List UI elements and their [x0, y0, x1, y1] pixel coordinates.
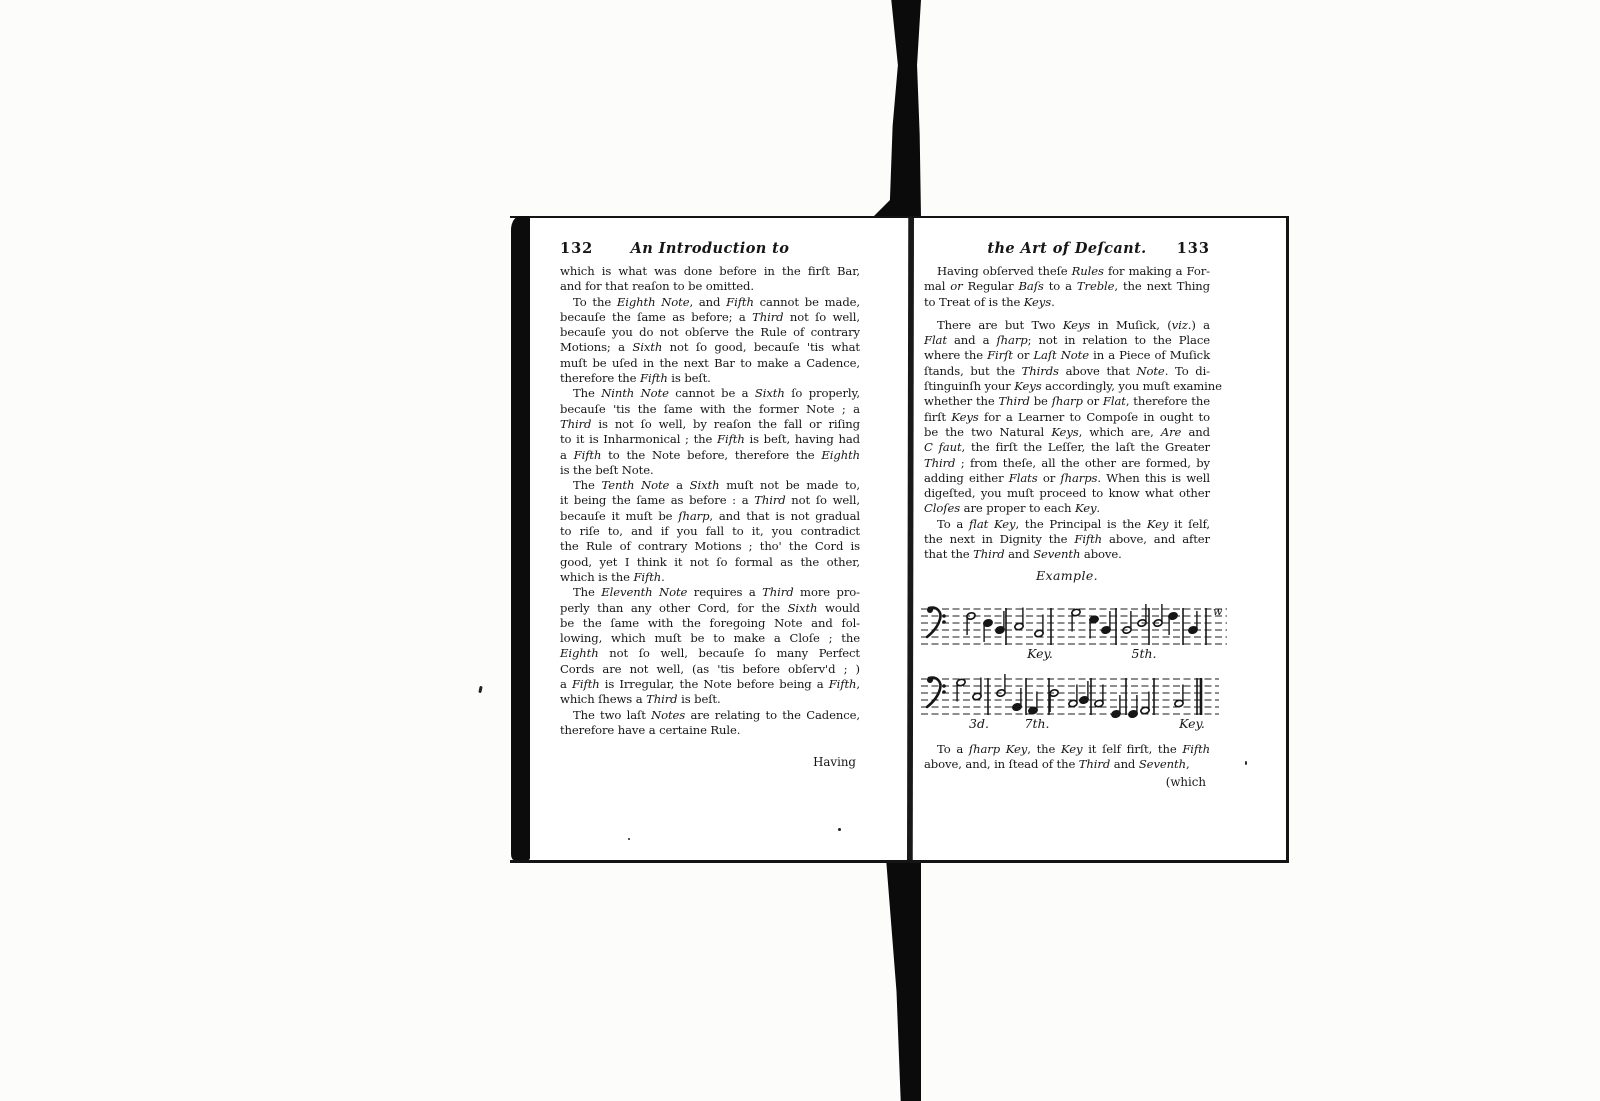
ink-speck [1245, 761, 1247, 765]
text-line: be the two Natural Keys, which are, Are … [924, 425, 1210, 440]
left-page-header: 132 An Introduction to [560, 240, 860, 257]
staff-label: Key. [1178, 716, 1205, 731]
page-number: 132 [560, 240, 604, 257]
page-edge-left [511, 216, 530, 860]
text-line: muſt be uſed in the next Bar to make a C… [560, 356, 860, 371]
ink-speck [838, 828, 841, 831]
text-line: Flat and a ſharp; not in relation to the… [924, 333, 1210, 348]
bass-clef [942, 614, 946, 618]
text-line: The Eleventh Note requires a Third more … [560, 585, 860, 600]
staff-label: Key. [1026, 646, 1053, 661]
bass-clef [927, 607, 933, 613]
text-line: Third ; from theſe, all the other are fo… [924, 456, 1210, 471]
text-line: therefore have a certaine Rule. [560, 723, 860, 738]
text-line: which ſhews a Third is beſt. [560, 692, 860, 707]
running-title: the Art of Deſcant. [968, 240, 1166, 257]
text-line: Third is not ſo well, by reaſon the fall… [560, 417, 860, 432]
text-line: a Fifth to the Note before, therefore th… [560, 448, 860, 463]
text-line: To a ſharp Key, the Key it ſelf firſt, t… [924, 742, 1210, 757]
text-line: firſt Keys for a Learner to Compoſe in o… [924, 410, 1210, 425]
text-line: is the beſt Note. [560, 463, 860, 478]
text-line: To a flat Key, the Principal is the Key … [924, 517, 1210, 532]
left-page-text: which is what was done before in the fir… [560, 264, 860, 738]
text-line: ſtinguinſh your Keys accordingly, you mu… [924, 379, 1210, 394]
left-page: 132 An Introduction to which is what was… [560, 240, 860, 769]
text-line: Motions; a Sixth not ſo good, becauſe 't… [560, 340, 860, 355]
text-line: C faut, the firſt the Leſſer, the laſt t… [924, 440, 1210, 455]
text-line: be the ſame with the foregoing Note and … [560, 616, 860, 631]
right-page-header: the Art of Deſcant. 133 [924, 240, 1210, 257]
music-notation: wKey.5th.3d.7th.Key. [918, 602, 1230, 744]
text-line: perly than any other Cord, for the Sixth… [560, 601, 860, 616]
catchword: (which [924, 775, 1210, 789]
staff-label: 7th. [1025, 716, 1050, 731]
right-page-closing-text: To a ſharp Key, the Key it ſelf firſt, t… [924, 742, 1210, 789]
text-line: which is what was done before in the fir… [560, 264, 860, 279]
custos-mark: w [1213, 605, 1223, 618]
text-line: becauſe the ſame as before; a Third not … [560, 310, 860, 325]
spine-strip-top [888, 0, 921, 217]
text-line: whether the Third be ſharp or Flat, ther… [924, 394, 1210, 409]
text-line: lowing, which muſt be to make a Cloſe ; … [560, 631, 860, 646]
text-line: ſtands, but the Thirds above that Note. … [924, 364, 1210, 379]
text-line: Cords are not well, (as 'tis before obſe… [560, 662, 860, 677]
text-line: adding either Flats or ſharps. When this… [924, 471, 1210, 486]
text-line: To the Eighth Note, and Fifth cannot be … [560, 295, 860, 310]
bass-clef [942, 684, 946, 688]
text-line: becauſe you do not obſerve the Rule of c… [560, 325, 860, 340]
ink-speck [628, 838, 630, 840]
text-line: Cloſes are proper to each Key. [924, 501, 1210, 516]
text-line: where the Firſt or Laſt Note in a Piece … [924, 348, 1210, 363]
ink-speck [478, 686, 482, 693]
text-line: to riſe to, and if you fall to it, you c… [560, 524, 860, 539]
text-line: it being the ſame as before : a Third no… [560, 493, 860, 508]
text-line: good, yet I think it not ſo formal as th… [560, 555, 860, 570]
text-line: The two laſt Notes are relating to the C… [560, 708, 860, 723]
text-line: therefore the Fifth is beſt. [560, 371, 860, 386]
staff-label: 5th. [1132, 646, 1157, 661]
text-line: mal or Regular Baſs to a Treble, the nex… [924, 279, 1210, 294]
text-line: that the Third and Seventh above. [924, 547, 1210, 562]
book-scan: 132 An Introduction to which is what was… [0, 0, 1600, 1101]
spine-strip-bottom [886, 858, 921, 1101]
catchword: Having [560, 755, 860, 769]
closing-lines: To a ſharp Key, the Key it ſelf firſt, t… [924, 742, 1210, 773]
text-line: above, and, in ſtead of the Third and Se… [924, 757, 1210, 772]
text-line: to Treat of is the Keys. [924, 295, 1210, 310]
text-line: and for that reaſon to be omitted. [560, 279, 860, 294]
page-number: 133 [1166, 240, 1210, 257]
text-line: a Fifth is Irregular, the Note before be… [560, 677, 860, 692]
text-line: The Tenth Note a Sixth muſt not be made … [560, 478, 860, 493]
example-label: Example. [924, 568, 1210, 583]
bass-clef [927, 677, 933, 683]
spine-strip-top-foot [873, 200, 890, 217]
text-line: There are but Two Keys in Muſick, (viz.)… [924, 318, 1210, 333]
running-title: An Introduction to [604, 240, 816, 257]
text-line: The Ninth Note cannot be a Sixth ſo prop… [560, 386, 860, 401]
right-page-text: Having obſerved theſe Rules for making a… [924, 264, 1210, 563]
text-line: becauſe it muſt be ſharp, and that is no… [560, 509, 860, 524]
text-line: the next in Dignity the Fifth above, and… [924, 532, 1210, 547]
text-line: to it is Inharmonical ; the Fifth is beſ… [560, 432, 860, 447]
text-line: Having obſerved theſe Rules for making a… [924, 264, 1210, 279]
text-line: digeſted, you muſt proceed to know what … [924, 486, 1210, 501]
text-line: the Rule of contrary Motions ; tho' the … [560, 539, 860, 554]
book-gutter [907, 218, 914, 860]
text-line: which is the Fifth. [560, 570, 860, 585]
open-book: 132 An Introduction to which is what was… [510, 216, 1289, 863]
bass-clef [942, 620, 946, 624]
right-page: the Art of Deſcant. 133 Having obſerved … [924, 240, 1210, 583]
staff-label: 3d. [969, 716, 989, 731]
text-line: becauſe 'tis the ſame with the former No… [560, 402, 860, 417]
text-line: Eighth not ſo well, becauſe ſo many Perf… [560, 646, 860, 661]
bass-clef [942, 690, 946, 694]
